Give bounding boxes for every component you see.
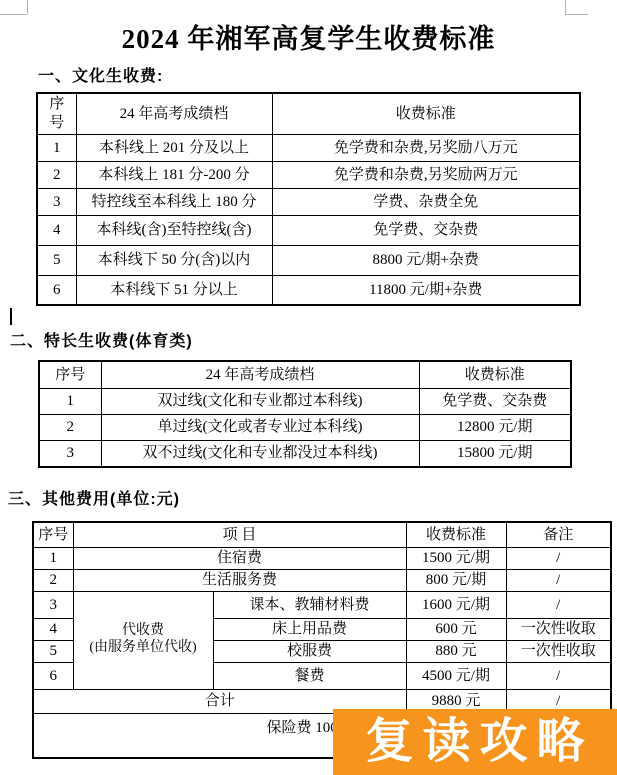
promo-banner-text: 复读攻略 xyxy=(356,718,593,766)
header-seq: 序号 xyxy=(39,361,101,388)
item-cell: 生活服务费 xyxy=(73,569,406,591)
fee-cell: 800 元/期 xyxy=(406,569,506,591)
table-row: 3 双不过线(文化和专业都没过本科线) 15800 元/期 xyxy=(39,440,571,467)
crop-mark-top-left-horizontal xyxy=(0,14,27,15)
seq-cell: 3 xyxy=(33,591,73,618)
seq-cell: 2 xyxy=(37,161,76,188)
table-header-row: 序号 24 年高考成绩档 收费标准 xyxy=(37,93,580,134)
seq-cell: 1 xyxy=(37,134,76,161)
header-grade: 24 年高考成绩档 xyxy=(76,93,272,134)
seq-cell: 2 xyxy=(33,569,73,591)
fee-cell: 免学费、交杂费 xyxy=(419,388,571,414)
fee-cell: 600 元 xyxy=(406,618,506,640)
grade-cell: 本科线上 201 分及以上 xyxy=(76,134,272,161)
grade-cell: 本科线(含)至特控线(含) xyxy=(76,215,272,245)
fee-cell: 8800 元/期+杂费 xyxy=(272,245,580,275)
grade-cell: 双不过线(文化和专业都没过本科线) xyxy=(101,440,419,467)
header-seq: 序号 xyxy=(33,522,73,547)
seq-cell: 4 xyxy=(33,618,73,640)
remark-cell: / xyxy=(506,662,611,689)
table-row: 4 本科线(含)至特控线(含) 免学费、交杂费 xyxy=(37,215,580,245)
culture-fee-table: 序号 24 年高考成绩档 收费标准 1 本科线上 201 分及以上 免学费和杂费… xyxy=(36,92,581,306)
table-row: 3 特控线至本科线上 180 分 学费、杂费全免 xyxy=(37,188,580,215)
header-item: 项 目 xyxy=(73,522,406,547)
seq-cell: 1 xyxy=(33,547,73,569)
table-header-row: 序号 24 年高考成绩档 收费标准 xyxy=(39,361,571,388)
document-title: 2024 年湘军高复学生收费标准 xyxy=(0,17,617,56)
fee-cell: 免学费和杂费,另奖励两万元 xyxy=(272,161,580,188)
fee-cell: 4500 元/期 xyxy=(406,662,506,689)
fee-cell: 免学费和杂费,另奖励八万元 xyxy=(272,134,580,161)
section-heading-other: 三、其他费用(单位:元) xyxy=(8,486,180,509)
seq-cell: 5 xyxy=(37,245,76,275)
table-row: 1 双过线(文化和专业都过本科线) 免学费、交杂费 xyxy=(39,388,571,414)
table-row: 2 生活服务费 800 元/期 / xyxy=(33,569,611,591)
table-row: 6 本科线下 51 分以上 11800 元/期+杂费 xyxy=(37,275,580,305)
table-header-row: 序号 项 目 收费标准 备注 xyxy=(33,522,611,547)
header-fee: 收费标准 xyxy=(419,361,571,388)
seq-cell: 3 xyxy=(39,440,101,467)
remark-cell: 一次性收取 xyxy=(506,618,611,640)
header-fee: 收费标准 xyxy=(406,522,506,547)
grade-cell: 本科线下 51 分以上 xyxy=(76,275,272,305)
grade-cell: 本科线上 181 分-200 分 xyxy=(76,161,272,188)
header-seq: 序号 xyxy=(37,93,76,134)
seq-cell: 3 xyxy=(37,188,76,215)
header-remark: 备注 xyxy=(506,522,611,547)
item-cell: 住宿费 xyxy=(73,547,406,569)
table-row: 1 住宿费 1500 元/期 / xyxy=(33,547,611,569)
grade-cell: 单过线(文化或者专业过本科线) xyxy=(101,414,419,440)
fee-cell: 880 元 xyxy=(406,640,506,662)
item-cell: 课本、教辅材料费 xyxy=(213,591,406,618)
table-row: 2 单过线(文化或者专业过本科线) 12800 元/期 xyxy=(39,414,571,440)
fee-cell: 学费、杂费全免 xyxy=(272,188,580,215)
seq-cell: 6 xyxy=(33,662,73,689)
crop-mark-top-right-horizontal xyxy=(565,14,588,15)
seq-cell: 1 xyxy=(39,388,101,414)
agent-collection-label: 代收费 xyxy=(76,623,211,640)
table-row: 5 本科线下 50 分(含)以内 8800 元/期+杂费 xyxy=(37,245,580,275)
remark-cell: / xyxy=(506,569,611,591)
word-document-page: 2024 年湘军高复学生收费标准 一、文化生收费: 序号 24 年高考成绩档 收… xyxy=(0,0,617,775)
seq-cell: 6 xyxy=(37,275,76,305)
seq-cell: 5 xyxy=(33,640,73,662)
fee-cell: 15800 元/期 xyxy=(419,440,571,467)
grade-cell: 特控线至本科线上 180 分 xyxy=(76,188,272,215)
remark-cell: / xyxy=(506,591,611,618)
grade-cell: 本科线下 50 分(含)以内 xyxy=(76,245,272,275)
promo-banner: 复读攻略 xyxy=(333,709,617,775)
table-row: 2 本科线上 181 分-200 分 免学费和杂费,另奖励两万元 xyxy=(37,161,580,188)
seq-cell: 2 xyxy=(39,414,101,440)
fee-cell: 1600 元/期 xyxy=(406,591,506,618)
fee-cell: 免学费、交杂费 xyxy=(272,215,580,245)
crop-mark-top-left-vertical xyxy=(27,0,28,14)
fee-cell: 1500 元/期 xyxy=(406,547,506,569)
grade-cell: 双过线(文化和专业都过本科线) xyxy=(101,388,419,414)
item-cell: 餐费 xyxy=(213,662,406,689)
table-row: 3 代收费 (由服务单位代收) 课本、教辅材料费 1600 元/期 / xyxy=(33,591,611,618)
section-heading-culture: 一、文化生收费: xyxy=(38,63,163,86)
remark-cell: 一次性收取 xyxy=(506,640,611,662)
fee-cell: 11800 元/期+杂费 xyxy=(272,275,580,305)
header-fee: 收费标准 xyxy=(272,93,580,134)
item-cell: 床上用品费 xyxy=(213,618,406,640)
crop-mark-top-right-vertical xyxy=(565,0,566,14)
section-heading-special: 二、特长生收费(体育类) xyxy=(10,328,193,351)
header-grade: 24 年高考成绩档 xyxy=(101,361,419,388)
table-row: 1 本科线上 201 分及以上 免学费和杂费,另奖励八万元 xyxy=(37,134,580,161)
seq-cell: 4 xyxy=(37,215,76,245)
agent-collection-sublabel: (由服务单位代收) xyxy=(76,640,211,657)
item-cell: 校服费 xyxy=(213,640,406,662)
agent-collection-cell: 代收费 (由服务单位代收) xyxy=(73,591,213,689)
remark-cell: / xyxy=(506,547,611,569)
fee-cell: 12800 元/期 xyxy=(419,414,571,440)
special-student-fee-table: 序号 24 年高考成绩档 收费标准 1 双过线(文化和专业都过本科线) 免学费、… xyxy=(38,360,572,468)
text-cursor xyxy=(10,308,12,325)
